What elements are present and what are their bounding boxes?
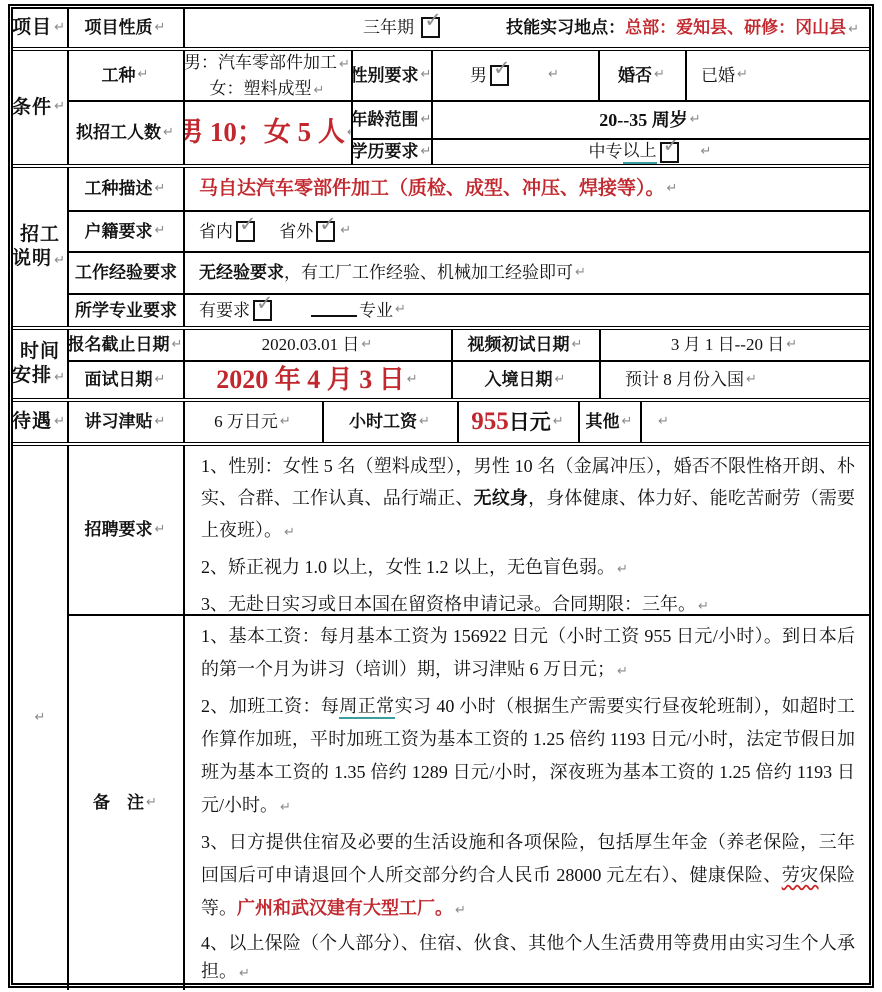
requirements-paragraph-1: 1、性别：女性 5 名（塑料成型），男性 10 名（金属冲压），婚否不限性格开朗… [201,450,855,549]
cell-video-label: 视频初试日期↵ [451,330,599,360]
pilcrow-mark: ↵ [155,223,166,239]
cell-hourly-label: 小时工资↵ [322,402,457,442]
checkbox-checked-icon[interactable]: ✓ [253,300,272,321]
cell-requirements-label: 招聘要求↵ [67,446,183,614]
cell-deadline-value: 2020.03.01 日↵ [183,330,451,360]
cell-interview-label: 面试日期↵ [67,360,183,398]
cell-education-value: 中专以上✓ ↵ [431,138,869,164]
pilcrow-mark: ↵ [654,67,665,83]
pilcrow-mark: ↵ [575,265,586,281]
pilcrow-mark: ↵ [421,144,431,160]
recruitment-form-table: 项目↵ 项目性质↵ 三年期 ✓ 技能实习地点：总部：爱知县、研修：冈山县↵ 条件… [8,4,874,988]
cell-household-label: 户籍要求↵ [67,210,183,251]
pilcrow-mark: ↵ [340,223,351,239]
worktype-female-line: 女：塑料成型↵ [210,78,327,99]
cell-age-label: 年龄范围↵ [351,100,431,138]
pilcrow-mark: ↵ [407,372,418,388]
pilcrow-mark: ↵ [690,112,701,128]
pilcrow-mark: ↵ [746,372,757,388]
cell-major-value: 有要求 ✓ 专业↵ [183,293,869,326]
pilcrow-mark: ↵ [553,414,564,430]
cell-marriage-label: 婚否↵ [598,51,685,100]
check-mark-icon: ✓ [256,293,274,314]
cell-education-label: 学历要求↵ [351,138,431,164]
pilcrow-mark: ↵ [54,253,66,268]
section-schedule: 时间 安排↵ 报名截止日期↵ 2020.03.01 日↵ 视频初试日期↵ 3 月… [13,326,869,398]
pilcrow-mark: ↵ [617,664,628,679]
section-project: 项目↵ 项目性质↵ 三年期 ✓ 技能实习地点：总部：爱知县、研修：冈山县↵ [13,9,869,47]
checkbox-checked-icon[interactable]: ✓ [490,65,509,86]
notes-paragraph-2: 2、加班工资：每周正常实习 40 小时（根据生产需要实行昼夜轮班制），如超时工作… [201,690,855,824]
cell-notes-content: 1、基本工资：每月基本工资为 156922 日元（小时工资 955 日元/小时）… [183,614,869,990]
pilcrow-mark: ↵ [54,99,66,115]
cell-entry-label: 入境日期↵ [451,360,599,398]
project-term-value: 三年期 ✓ [363,17,443,38]
recruit-desc-label-line1: 招工 [20,223,60,247]
cell-worktype-label: 工种↵ [67,51,183,100]
pilcrow-mark: ↵ [163,125,174,141]
cell-age-value: 20--35 周岁↵ [431,100,869,138]
document-page: 项目↵ 项目性质↵ 三年期 ✓ 技能实习地点：总部：爱知县、研修：冈山县↵ 条件… [0,0,882,992]
cell-hourly-value: 955 日元↵ [457,402,578,442]
pilcrow-mark: ↵ [848,22,859,37]
pilcrow-mark: ↵ [572,337,583,353]
pilcrow-mark: ↵ [701,144,712,160]
section-label-schedule: 时间 安排↵ [13,330,67,398]
checkbox-checked-icon[interactable]: ✓ [236,221,255,242]
pilcrow-mark: ↵ [280,800,291,815]
pilcrow-mark: ↵ [658,414,669,430]
cell-deadline-label: 报名截止日期↵ [67,330,183,360]
pilcrow-mark: ↵ [284,525,295,540]
pilcrow-mark: ↵ [698,599,709,614]
notes-paragraph-1: 1、基本工资：每月基本工资为 156922 日元（小时工资 955 日元/小时）… [201,620,855,688]
project-location-value: 技能实习地点：总部：爱知县、研修：冈山县↵ [506,17,869,38]
pilcrow-mark: ↵ [617,562,628,577]
pilcrow-mark: ↵ [555,372,566,388]
checkbox-checked-icon[interactable]: ✓ [316,221,335,242]
cell-marriage-value: 已婚↵ [685,51,869,100]
cell-project-nature-value: 三年期 ✓ 技能实习地点：总部：爱知县、研修：冈山县↵ [183,9,869,47]
check-mark-icon: ✓ [663,138,681,156]
cell-other-value: ↵ [640,402,869,442]
pilcrow-mark: ↵ [667,181,678,197]
section-recruit-desc: 招工 说明↵ 工种描述↵ 马自达汽车零部件加工（质检、成型、冲压、焊接等）。↵ … [13,164,869,326]
blank-underline [311,305,357,317]
pilcrow-mark: ↵ [35,710,46,726]
check-mark-icon: ✓ [493,58,511,79]
schedule-label-line1: 时间 [20,340,60,364]
cell-jobdesc-label: 工种描述↵ [67,168,183,210]
notes-paragraph-3: 3、日方提供住宿及必要的生活设施和各项保险，包括厚生年金（养老保险，三年回国后可… [201,826,855,927]
worktype-male-line: 男：汽车零部件加工↵ [184,52,351,73]
cell-major-label: 所学专业要求 [67,293,183,326]
pilcrow-mark: ↵ [421,112,431,128]
pilcrow-mark: ↵ [419,414,430,430]
pilcrow-mark: ↵ [54,20,66,36]
section-label-condition: 条件↵ [13,51,67,164]
cell-video-value: 3 月 1 日--20 日↵ [599,330,869,360]
pilcrow-mark: ↵ [155,522,166,538]
pilcrow-mark: ↵ [138,67,149,83]
cell-entry-value: 预计 8 月份入国↵ [599,360,869,398]
cell-notes-label: 备 注↵ [67,614,183,990]
notes-paragraph-4: 4、以上保险（个人部分）、住宿、伙食、其他个人生活费用等费用由实习生个人承担。↵ [201,929,855,988]
section-label-treatment: 待遇↵ [13,402,67,442]
pilcrow-mark: ↵ [455,903,466,918]
pilcrow-mark: ↵ [548,67,559,83]
check-mark-icon: ✓ [424,10,442,31]
section-requirements-notes: ↵ 招聘要求↵ 1、性别：女性 5 名（塑料成型），男性 10 名（金属冲压），… [13,442,869,990]
cell-left-margin: ↵ [13,446,67,990]
cell-household-value: 省内✓ 省外✓ ↵ [183,210,869,251]
section-label-project: 项目↵ [13,9,67,47]
schedule-label-line2: 安排↵ [13,364,67,388]
cell-worktype-value: 男：汽车零部件加工↵ 女：塑料成型↵ [183,51,351,100]
requirements-paragraph-2: 2、矫正视力 1.0 以上，女性 1.2 以上，无色盲色弱。↵ [201,551,855,586]
pilcrow-mark: ↵ [239,966,250,981]
check-mark-icon: ✓ [239,214,257,235]
cell-headcount-label: 拟招工人数↵ [67,100,183,164]
recruit-desc-label-line2: 说明↵ [13,247,67,271]
cell-allowance-label: 讲习津贴↵ [67,402,183,442]
pilcrow-mark: ↵ [155,181,166,197]
cell-other-label: 其他↵ [578,402,640,442]
pilcrow-mark: ↵ [155,20,166,36]
pilcrow-mark: ↵ [155,372,166,388]
section-label-recruit-desc: 招工 说明↵ [13,168,67,326]
pilcrow-mark: ↵ [421,67,431,83]
pilcrow-mark: ↵ [146,795,157,811]
cell-allowance-value: 6 万日元↵ [183,402,322,442]
pilcrow-mark: ↵ [280,414,291,430]
cell-project-nature-label: 项目性质↵ [67,9,183,47]
pilcrow-mark: ↵ [622,414,633,430]
cell-experience-value: 无经验要求，有工厂工作经验、机械加工经验即可↵ [183,251,869,293]
pilcrow-mark: ↵ [737,67,748,83]
pilcrow-mark: ↵ [339,57,350,72]
pilcrow-mark: ↵ [314,83,325,98]
cell-interview-value: 2020 年 4 月 3 日↵ [183,360,451,398]
checkbox-checked-icon[interactable]: ✓ [660,142,679,163]
pilcrow-mark: ↵ [172,337,183,353]
pilcrow-mark: ↵ [54,370,66,385]
cell-gender-label: 性别要求↵ [351,51,431,100]
cell-requirements-content: 1、性别：女性 5 名（塑料成型），男性 10 名（金属冲压），婚否不限性格开朗… [183,446,869,614]
cell-experience-label: 工作经验要求 [67,251,183,293]
pilcrow-mark: ↵ [361,337,372,353]
check-mark-icon: ✓ [319,214,337,235]
requirements-paragraph-3: 3、无赴日实习或日本国在留资格申请记录。合同期限：三年。↵ [201,588,855,614]
pilcrow-mark: ↵ [786,337,797,353]
pilcrow-mark: ↵ [54,414,66,430]
checkbox-checked-icon[interactable]: ✓ [421,17,440,38]
cell-jobdesc-value: 马自达汽车零部件加工（质检、成型、冲压、焊接等）。↵ [183,168,869,210]
cell-headcount-value: 男 10；女 5 人↵ [183,100,351,164]
section-treatment: 待遇↵ 讲习津贴↵ 6 万日元↵ 小时工资↵ 955 日元↵ 其他↵ ↵ [13,398,869,442]
section-condition: 条件↵ 工种↵ 男：汽车零部件加工↵ 女：塑料成型↵ 性别要求↵ 男✓ ↵ 婚否… [13,47,869,164]
cell-gender-value: 男✓ ↵ [431,51,598,100]
pilcrow-mark: ↵ [155,414,166,430]
pilcrow-mark: ↵ [395,302,406,318]
